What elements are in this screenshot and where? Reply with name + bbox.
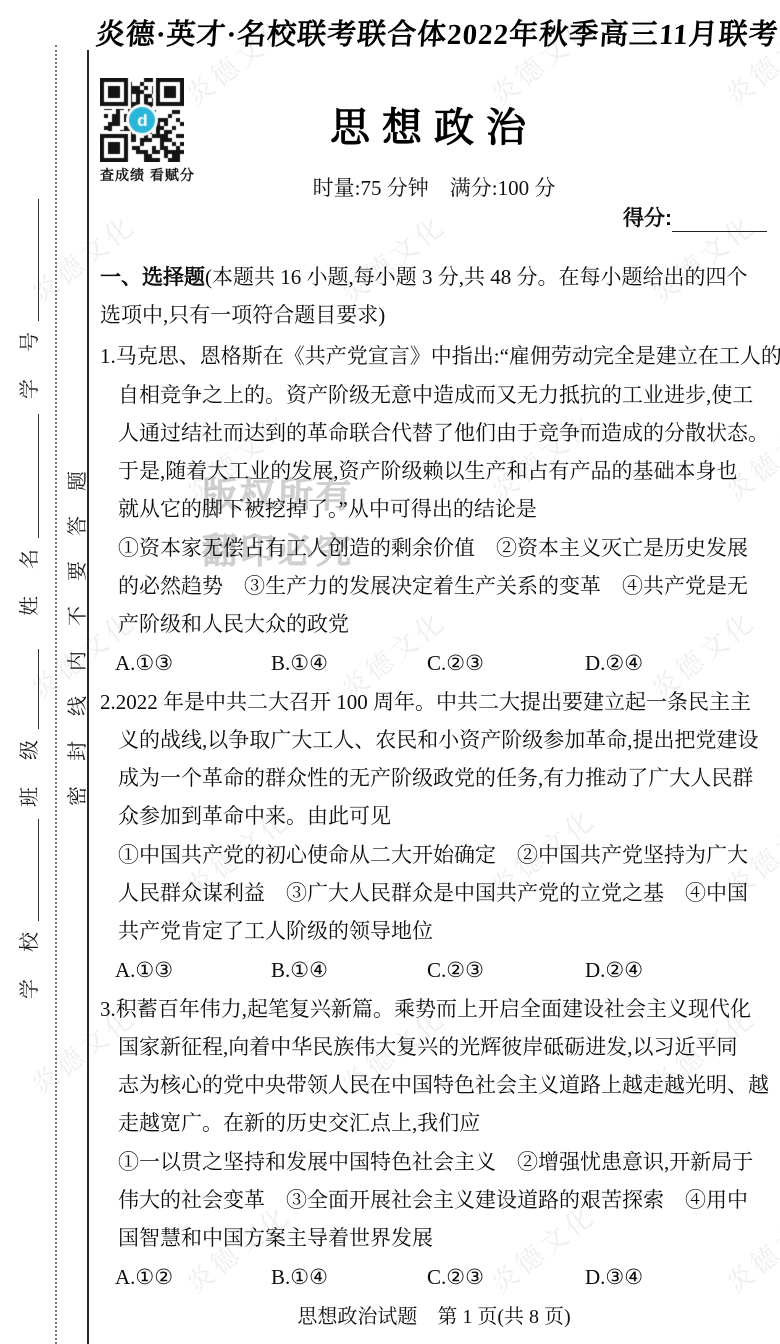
seal-dashed-line — [55, 45, 57, 1344]
q3-line: 志为核心的党中央带领人民在中国特色社会主义道路上越走越光明、越 — [118, 1073, 769, 1097]
q2-option-d: D.②④ — [585, 958, 643, 983]
q1-line: 人通过结社而达到的革命联合代替了他们由于竞争而造成的分散状态。 — [118, 421, 769, 445]
score-blank — [672, 213, 767, 232]
q1-line: 产阶级和人民大众的政党 — [118, 612, 349, 636]
q2-line: 2.2022 年是中共二大召开 100 周年。中共二大提出要建立起一条民主主 — [100, 690, 751, 714]
q3-option-c: C.②③ — [427, 1265, 484, 1290]
exam-paper-page: 炎德文化炎德文化炎德文化炎德文化炎德文化炎德文化炎德文化炎德文化炎德文化炎德文化… — [0, 0, 780, 1344]
q1-line: 的必然趋势 ③生产力的发展决定着生产关系的变革 ④共产党是无 — [118, 574, 748, 598]
q3-line: 3.积蓄百年伟力,起笔复兴新篇。乘势而上开启全面建设社会主义现代化 — [100, 997, 751, 1021]
q2-line: 众参加到革命中来。由此可见 — [118, 804, 391, 828]
section-title: 一、选择题 — [100, 266, 205, 289]
q2-line: 义的战线,以争取广大工人、农民和小资产阶级参加革命,提出把党建设 — [118, 728, 759, 752]
q1-option-a: A.①③ — [115, 651, 173, 676]
q1-line: 自相竞争之上的。资产阶级无意中造成而又无力抵抗的工业进步,使工 — [118, 383, 753, 407]
q2-line: 人民群众谋利益 ③广大人民群众是中国共产党的立党之基 ④中国 — [118, 881, 748, 905]
q1-line: 于是,随着大工业的发展,资产阶级赖以生产和占有产品的基础本身也 — [118, 459, 738, 483]
score-box: 得分: — [623, 202, 767, 232]
subject-title: 思想政治 — [100, 96, 768, 153]
q1-option-d: D.②④ — [585, 651, 643, 676]
q1-option-b: B.①④ — [271, 651, 328, 676]
student-id-label: 学 号 — [13, 321, 42, 399]
student-name-field: 姓 名 — [18, 414, 42, 616]
school-blank — [38, 819, 39, 921]
q3-line: 国家新征程,向着中华民族伟大复兴的光辉彼岸砥砺进发,以习近平同 — [118, 1035, 738, 1059]
exam-info: 时量:75 分钟 满分:100 分 — [100, 172, 768, 202]
student-name-label: 姓 名 — [13, 538, 42, 616]
q1-options: A.①③ B.①④ C.②③ D.②④ — [0, 651, 780, 677]
student-name-blank — [38, 414, 39, 538]
watermark-text: 炎德文化 — [716, 402, 780, 509]
q3-option-b: B.①④ — [271, 1265, 328, 1290]
q3-options: A.①② B.①④ C.②③ D.③④ — [0, 1265, 780, 1291]
watermark-text: 炎德文化 — [331, 204, 453, 311]
section-heading: 一、选择题(本题共 16 小题,每小题 3 分,共 48 分。在每小题给出的四个 — [100, 265, 748, 290]
student-id-blank — [38, 199, 39, 321]
q2-line: ①中国共产党的初心使命从二大开始确定 ②中国共产党坚持为广大 — [118, 843, 748, 867]
q1-line: 1.马克思、恩格斯在《共产党宣言》中指出:“雇佣劳动完全是建立在工人的 — [100, 344, 780, 368]
class-label: 班 级 — [13, 729, 42, 807]
q1-option-c: C.②③ — [427, 651, 484, 676]
q2-line: 共产党肯定了工人阶级的领导地位 — [118, 919, 433, 943]
q2-options: A.①③ B.①④ C.②③ D.②④ — [0, 958, 780, 984]
q2-line: 成为一个革命的群众性的无产阶级政党的任务,有力推动了广大人民群 — [118, 766, 753, 790]
q3-line: 走越宽广。在新的历史交汇点上,我们应 — [118, 1111, 480, 1135]
copyright-stamp: 版权所有 翻印必究 — [198, 468, 358, 580]
q3-option-a: A.①② — [115, 1265, 173, 1290]
watermark-text: 炎德文化 — [176, 402, 298, 509]
q3-line: 伟大的社会变革 ③全面开展社会主义建设道路的艰苦探索 ④用中 — [118, 1188, 748, 1212]
page-footer: 思想政治试题 第 1 页(共 8 页) — [100, 1300, 768, 1329]
score-label: 得分: — [623, 207, 672, 230]
q2-option-b: B.①④ — [271, 958, 328, 983]
q3-line: 国智慧和中国方案主导着世界发展 — [118, 1226, 433, 1250]
q3-line: ①一以贯之坚持和发展中国特色社会主义 ②增强忧患意识,开新局于 — [118, 1150, 753, 1174]
exam-masthead: 炎德·英才·名校联考联合体2022年秋季高三11月联考 — [95, 12, 770, 53]
q1-line: ①资本家无偿占有工人创造的剩余价值 ②资本主义灭亡是历史发展 — [118, 536, 748, 560]
seal-line-notice: 密封线内不要答题 — [61, 438, 83, 806]
student-id-field: 学 号 — [18, 199, 42, 399]
section-desc-1: (本题共 16 小题,每小题 3 分,共 48 分。在每小题给出的四个 — [205, 265, 748, 289]
q3-option-d: D.③④ — [585, 1265, 643, 1290]
q2-option-c: C.②③ — [427, 958, 484, 983]
q2-option-a: A.①③ — [115, 958, 173, 983]
watermark-text: 炎德文化 — [481, 402, 603, 509]
q1-line: 就从它的脚下被挖掉了。”从中可得出的结论是 — [118, 497, 537, 521]
section-desc-2: 选项中,只有一项符合题目要求) — [100, 303, 385, 327]
